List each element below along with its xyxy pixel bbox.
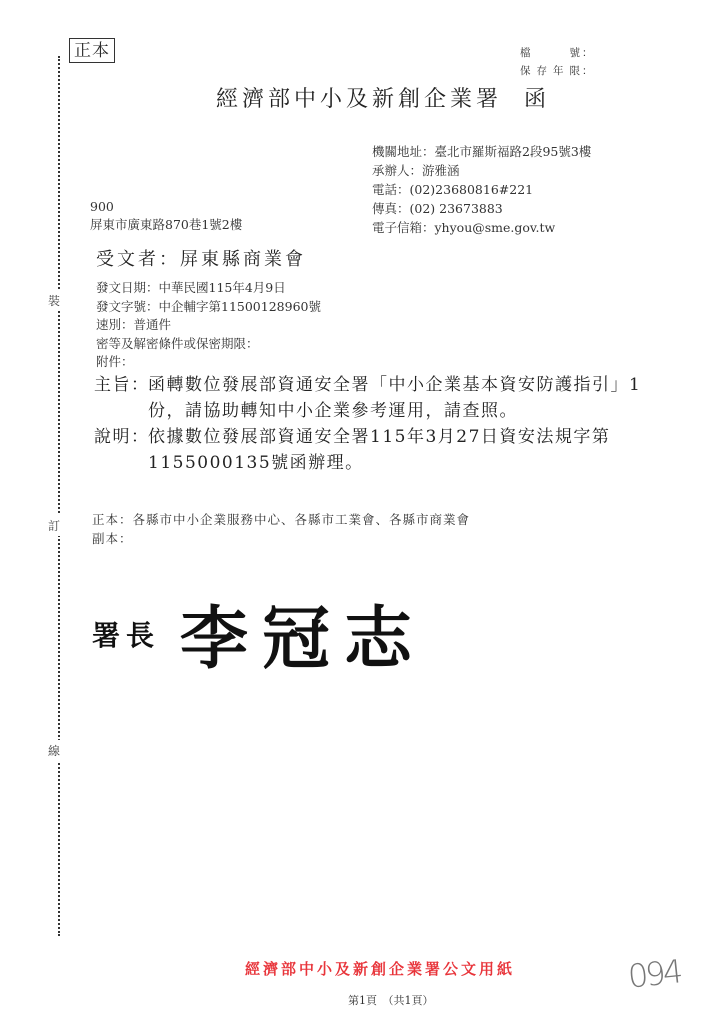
signature-block: 署長 李冠志 xyxy=(92,585,426,682)
explanation-section: 說明： 依據數位發展部資通安全署115年3月27日資安法規字第115500013… xyxy=(94,424,658,476)
file-meta: 檔 號： 保存年限： xyxy=(520,44,593,80)
document-body: 主旨： 函轉數位發展部資通安全署「中小企業基本資安防護指引」1份，請協助轉知中小… xyxy=(94,372,658,476)
signature-title: 署長 xyxy=(92,614,160,654)
issue-date: 發文日期：中華民國115年4月9日 xyxy=(96,279,321,298)
recipient-address: 屏東市廣東路870巷1號2樓 xyxy=(90,216,242,234)
handwritten-mark: 094 xyxy=(626,952,682,995)
retention-row: 保存年限： xyxy=(520,62,593,80)
letterhead-footer: 經濟部中小及新創企業署公文用紙 xyxy=(245,958,515,979)
binding-mark-ding: 訂 xyxy=(48,515,60,536)
distribution: 正本：各縣市中小企業服務中心、各縣市工業會、各縣市商業會 副本： xyxy=(92,510,470,548)
contact-person: 承辦人：游雅涵 xyxy=(372,161,591,180)
cc-secondary: 副本： xyxy=(92,529,470,548)
agency-address: 機關地址：臺北市羅斯福路2段95號3樓 xyxy=(372,142,591,161)
document-number: 發文字號：中企輔字第11500128960號 xyxy=(96,298,321,317)
retention-label: 保存年限 xyxy=(520,62,580,80)
page-number: 第1頁 （共1頁） xyxy=(348,992,434,1008)
document-title: 經濟部中小及新創企業署函 xyxy=(216,82,550,113)
file-number-label: 檔 號 xyxy=(520,44,580,62)
email: 電子信箱：yhyou@sme.gov.tw xyxy=(372,218,591,237)
dispatch-meta: 發文日期：中華民國115年4月9日 發文字號：中企輔字第11500128960號… xyxy=(96,279,321,372)
recipient: 受文者：屏東縣商業會 xyxy=(96,245,306,271)
binding-dotted-line xyxy=(58,56,60,936)
urgency: 速別：普通件 xyxy=(96,316,321,335)
recipient-address-block: 900 屏東市廣東路870巷1號2樓 xyxy=(90,198,242,234)
copy-type-stamp: 正本 xyxy=(69,38,115,63)
cc-primary: 正本：各縣市中小企業服務中心、各縣市工業會、各縣市商業會 xyxy=(92,510,470,529)
agency-contact-info: 機關地址：臺北市羅斯福路2段95號3樓 承辦人：游雅涵 電話：(02)23680… xyxy=(372,142,591,237)
explanation-label: 說明： xyxy=(94,424,148,476)
signature-name: 李冠志 xyxy=(180,585,426,682)
file-number-row: 檔 號： xyxy=(520,44,593,62)
document-kind: 函 xyxy=(524,87,550,112)
attachments: 附件： xyxy=(96,353,321,372)
subject-label: 主旨： xyxy=(94,372,148,424)
confidentiality: 密等及解密條件或保密期限： xyxy=(96,335,321,354)
fax: 傳真：(02) 23673883 xyxy=(372,199,591,218)
recipient-postcode: 900 xyxy=(90,198,242,216)
phone: 電話：(02)23680816#221 xyxy=(372,180,591,199)
binding-mark-xian: 線 xyxy=(48,740,60,761)
subject-section: 主旨： 函轉數位發展部資通安全署「中小企業基本資安防護指引」1份，請協助轉知中小… xyxy=(94,372,658,424)
agency-name: 經濟部中小及新創企業署 xyxy=(216,87,502,112)
binding-mark-zhuang: 裝 xyxy=(48,290,60,311)
explanation-text: 依據數位發展部資通安全署115年3月27日資安法規字第1155000135號函辦… xyxy=(148,424,658,476)
subject-text: 函轉數位發展部資通安全署「中小企業基本資安防護指引」1份，請協助轉知中小企業參考… xyxy=(148,372,658,424)
